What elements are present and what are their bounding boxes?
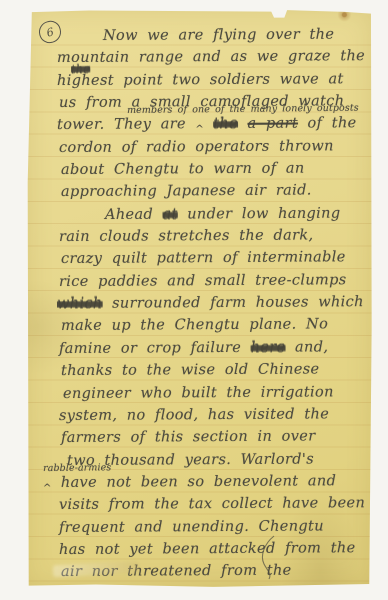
- page-number: 6: [45, 25, 55, 39]
- handwritten-text: engineer who built the irrigation: [63, 384, 334, 402]
- manuscript-line: rain clouds stretches the dark,: [59, 225, 365, 249]
- manuscript-lines: Now we are flying over themountain range…: [57, 26, 365, 585]
- handwritten-text: surrounded farm houses which: [112, 294, 364, 312]
- handwritten-text: crazy quilt pattern of interminable: [61, 250, 346, 268]
- handwritten-text: visits from the tax collect have been: [59, 495, 365, 513]
- handwritten-text: thanks to the wise old Chinese: [61, 362, 320, 380]
- manuscript-line: Ahead at under low hanging: [105, 203, 365, 227]
- struck-out-text: which: [57, 296, 103, 312]
- handwritten-text: tower. They are: [57, 117, 186, 134]
- struck-out-text: at: [162, 206, 177, 222]
- manuscript-line: thanks to the wise old Chinese: [61, 359, 365, 383]
- manuscript-line: two thousand years. Warlord's: [67, 449, 365, 473]
- handwritten-text: have not been so benevolent and: [61, 473, 336, 491]
- manuscript-line: which surrounded farm houses which: [57, 292, 365, 316]
- handwritten-text: frequent and unending. Chengtu: [59, 518, 324, 536]
- handwritten-text: Now we are flying over the: [103, 27, 334, 44]
- handwritten-text: make up the Chengtu plane. No: [61, 317, 328, 335]
- struck-out-text: here: [251, 339, 286, 355]
- handwritten-text: cordon of radio operators thrown: [59, 138, 334, 156]
- manuscript-line: farmers of this section in over: [61, 426, 365, 450]
- handwritten-text: rain clouds stretches the dark,: [59, 228, 314, 246]
- manuscript-line: cordon of radio operators thrown: [59, 136, 365, 160]
- insertion-caret: ^: [43, 483, 51, 494]
- manuscript-line: Now we are flying over the: [103, 24, 365, 48]
- handwritten-text: rice paddies and small tree-clumps: [59, 272, 347, 290]
- manuscript-line: about Chengtu to warn of an: [61, 158, 365, 182]
- manuscript-line: system, no flood, has visited the: [59, 404, 365, 428]
- struck-out-text: a part: [247, 116, 298, 132]
- handwritten-text: farmers of this section in over: [61, 429, 316, 447]
- manuscript-line: crazy quilt pattern of interminable: [61, 248, 365, 272]
- handwritten-text: and,: [295, 339, 328, 355]
- handwritten-text: highest point two soldiers wave at: [57, 71, 344, 89]
- manuscript-line: highest point two soldiers wave at: [57, 69, 365, 93]
- manuscript-line: engineer who built the irrigation: [63, 382, 365, 406]
- handwritten-text: of the: [307, 116, 356, 132]
- handwritten-text: approaching Japanese air raid.: [61, 183, 312, 201]
- handwritten-text: Ahead: [105, 206, 153, 222]
- manuscript-line: members of one of the many lonely outpos…: [127, 104, 365, 106]
- manuscript-line: make up the Chengtu plane. No: [61, 315, 365, 339]
- manuscript-line: has not yet been attacked from the: [59, 538, 365, 562]
- handwritten-text: famine or crop failure: [59, 340, 241, 357]
- manuscript-line: famine or crop failure here and,: [59, 337, 365, 361]
- manuscript-paper: 6 Now we are flying over themountain ran…: [27, 9, 372, 588]
- handwritten-text: system, no flood, has visited the: [59, 406, 329, 424]
- handwritten-text: under low hanging: [187, 205, 340, 222]
- manuscript-line: rice paddies and small tree-clumps: [59, 270, 365, 294]
- insertion-caret: ^: [195, 124, 203, 135]
- manuscript-line: visits from the tax collect have been: [59, 493, 365, 517]
- manuscript-line: tower. They are ^ the a part of the: [57, 113, 365, 137]
- manuscript-line: ^ have not been so benevolent and: [43, 471, 365, 495]
- handwritten-text: mountain range and as we graze the: [57, 48, 365, 66]
- manuscript-line: mountain range and as we graze the: [57, 46, 365, 70]
- struck-out-text: the: [213, 116, 238, 132]
- handwritten-text: has not yet been attacked from the: [59, 540, 356, 558]
- manuscript-line: frequent and unending. Chengtu: [59, 516, 365, 540]
- handwritten-text: about Chengtu to warn of an: [61, 161, 305, 178]
- manuscript-line: approaching Japanese air raid.: [61, 181, 365, 205]
